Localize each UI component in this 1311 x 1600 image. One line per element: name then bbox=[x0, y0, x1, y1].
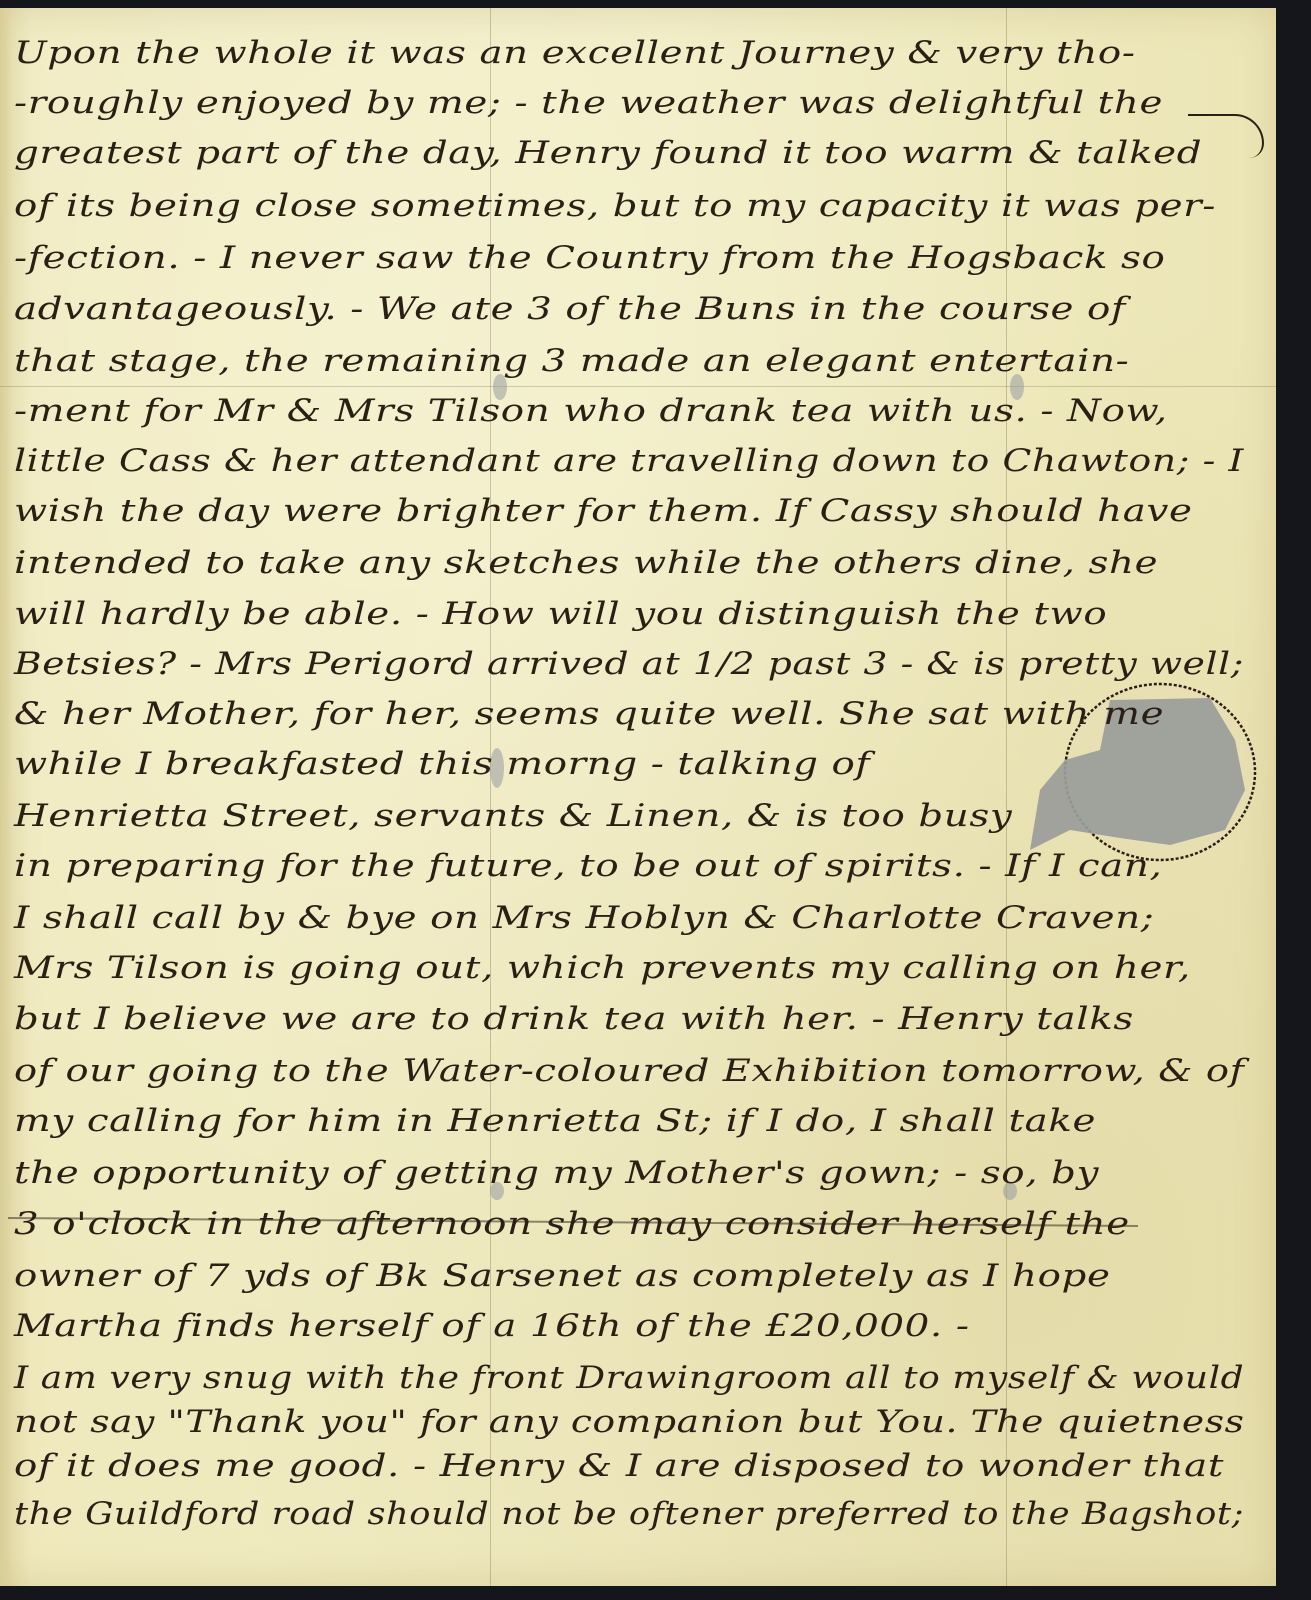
text-line: not say "Thank you" for any companion bu… bbox=[14, 1404, 1244, 1440]
text-line: while I breakfasted this morng - talking… bbox=[14, 746, 870, 782]
text-line: I shall call by & bye on Mrs Hoblyn & Ch… bbox=[14, 900, 1155, 936]
text-line: -roughly enjoyed by me; - the weather wa… bbox=[14, 85, 1163, 121]
letter-text-body: Upon the whole it was an excellent Journ… bbox=[0, 8, 1276, 1586]
text-line: the opportunity of getting my Mother's g… bbox=[14, 1155, 1099, 1191]
text-line: of our going to the Water-coloured Exhib… bbox=[14, 1053, 1245, 1089]
text-line: -fection. - I never saw the Country from… bbox=[14, 240, 1165, 276]
text-line: in preparing for the future, to be out o… bbox=[14, 848, 1162, 884]
text-line: wish the day were brighter for them. If … bbox=[14, 493, 1193, 529]
text-line: 3 o'clock in the afternoon she may consi… bbox=[14, 1206, 1130, 1242]
text-line: little Cass & her attendant are travelli… bbox=[14, 443, 1244, 479]
text-line: Betsies? - Mrs Perigord arrived at 1/2 p… bbox=[14, 646, 1244, 682]
text-line: the Guildford road should not be oftener… bbox=[14, 1496, 1244, 1532]
text-line: but I believe we are to drink tea with h… bbox=[14, 1001, 1134, 1037]
text-line: greatest part of the day, Henry found it… bbox=[14, 135, 1202, 171]
text-line: my calling for him in Henrietta St; if I… bbox=[14, 1103, 1096, 1139]
text-line: & her Mother, for her, seems quite well.… bbox=[14, 696, 1164, 732]
text-line: that stage, the remaining 3 made an eleg… bbox=[14, 343, 1129, 379]
text-line: will hardly be able. - How will you dist… bbox=[14, 596, 1107, 632]
text-line: I am very snug with the front Drawingroo… bbox=[14, 1360, 1244, 1396]
text-line: -ment for Mr & Mrs Tilson who drank tea … bbox=[14, 393, 1168, 429]
letter-page: Upon the whole it was an excellent Journ… bbox=[0, 8, 1276, 1586]
text-line: of it does me good. - Henry & I are disp… bbox=[14, 1448, 1224, 1484]
text-line: intended to take any sketches while the … bbox=[14, 545, 1158, 581]
text-line: Upon the whole it was an excellent Journ… bbox=[14, 35, 1136, 71]
text-line: owner of 7 yds of Bk Sarsenet as complet… bbox=[14, 1258, 1111, 1294]
text-line: advantageously. - We ate 3 of the Buns i… bbox=[14, 291, 1126, 327]
text-line: of its being close sometimes, but to my … bbox=[14, 188, 1216, 224]
text-line: Martha finds herself of a 16th of the £2… bbox=[14, 1308, 970, 1344]
text-line: Mrs Tilson is going out, which prevents … bbox=[14, 950, 1191, 986]
text-line: Henrietta Street, servants & Linen, & is… bbox=[14, 798, 1012, 834]
